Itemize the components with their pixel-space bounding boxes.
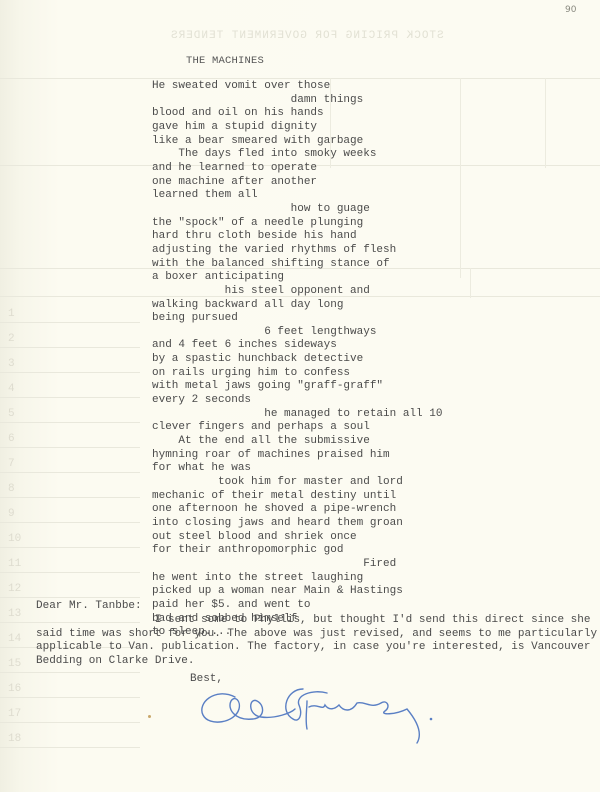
background-form-heading: STOCK PRICING FOR GOVERNMENT TENDERS: [170, 30, 444, 42]
poem-line: into closing jaws and heard them groan: [152, 517, 442, 531]
background-row-number: 9: [8, 508, 15, 520]
poem-line: and 4 feet 6 inches sideways: [152, 339, 442, 353]
background-row-number: 6: [8, 433, 15, 445]
poem-line: with the balanced shifting stance of: [152, 258, 442, 272]
background-row-number: 17: [8, 708, 21, 720]
letter-line: Bedding on Clarke Drive.: [36, 655, 597, 669]
poem-line: for what he was: [152, 462, 442, 476]
poem-line: He sweated vomit over those: [152, 80, 442, 94]
background-row-number: 16: [8, 683, 21, 695]
letter-line: I sent some to Phyllis, but thought I'd …: [36, 614, 597, 628]
poem-line: blood and oil on his hands: [152, 107, 442, 121]
poem-line: he managed to retain all 10: [152, 408, 442, 422]
poem-line: adjusting the varied rhythms of flesh: [152, 244, 442, 258]
letter-salutation: Dear Mr. Tanbbe:: [36, 600, 597, 614]
poem-line: like a bear smeared with garbage: [152, 135, 442, 149]
background-row-number: 5: [8, 408, 15, 420]
poem-line: gave him a stupid dignity: [152, 121, 442, 135]
background-row-number: 10: [8, 533, 21, 545]
letter-closing: Best,: [190, 673, 223, 685]
poem-line: with metal jaws going "graff-graff": [152, 380, 442, 394]
poem-line: being pursued: [152, 312, 442, 326]
poem-line: he went into the street laughing: [152, 572, 442, 586]
poem-line: on rails urging him to confess: [152, 367, 442, 381]
poem-line: one afternoon he shoved a pipe-wrench: [152, 503, 442, 517]
poem-line: hard thru cloth beside his hand: [152, 230, 442, 244]
letter-line: applicable to Van. publication. The fact…: [36, 641, 597, 655]
background-row-number: 4: [8, 383, 15, 395]
background-row-number: 11: [8, 558, 21, 570]
poem-line: every 2 seconds: [152, 394, 442, 408]
poem-line: and he learned to operate: [152, 162, 442, 176]
poem-title: THE MACHINES: [186, 55, 264, 67]
background-row-number: 18: [8, 733, 21, 745]
poem-line: one machine after another: [152, 176, 442, 190]
poem-line: At the end all the submissive: [152, 435, 442, 449]
poem-line: a boxer anticipating: [152, 271, 442, 285]
poem-line: took him for master and lord: [152, 476, 442, 490]
poem-line: picked up a woman near Main & Hastings: [152, 585, 442, 599]
background-row-number: 15: [8, 658, 21, 670]
letter-line: said time was short for you. The above w…: [36, 628, 597, 642]
poem-line: his steel opponent and: [152, 285, 442, 299]
poem-line: Fired: [152, 558, 442, 572]
paper-speck: [148, 715, 151, 718]
poem-line: 6 feet lengthways: [152, 326, 442, 340]
background-row-number: 8: [8, 483, 15, 495]
poem-line: damn things: [152, 94, 442, 108]
handwritten-signature: [195, 685, 495, 765]
poem-line: the "spock" of a needle plunging: [152, 217, 442, 231]
background-row-number: 14: [8, 633, 21, 645]
poem-line: out steel blood and shriek once: [152, 531, 442, 545]
poem-body: He sweated vomit over those damn thingsb…: [152, 80, 442, 640]
background-row-number: 3: [8, 358, 15, 370]
background-row-number: 7: [8, 458, 15, 470]
poem-line: learned them all: [152, 189, 442, 203]
background-row-number: 2: [8, 333, 15, 345]
poem-line: hymning roar of machines praised him: [152, 449, 442, 463]
poem-line: by a spastic hunchback detective: [152, 353, 442, 367]
poem-line: The days fled into smoky weeks: [152, 148, 442, 162]
background-row-number: 1: [8, 308, 15, 320]
poem-line: mechanic of their metal destiny until: [152, 490, 442, 504]
poem-line: for their anthropomorphic god: [152, 544, 442, 558]
poem-line: clever fingers and perhaps a soul: [152, 421, 442, 435]
poem-line: walking backward all day long: [152, 299, 442, 313]
page-number: 90: [565, 5, 576, 15]
background-row-number: 13: [8, 608, 21, 620]
letter-body: Dear Mr. Tanbbe: I sent some to Phyllis,…: [36, 600, 597, 669]
poem-line: how to guage: [152, 203, 442, 217]
background-row-number: 12: [8, 583, 21, 595]
